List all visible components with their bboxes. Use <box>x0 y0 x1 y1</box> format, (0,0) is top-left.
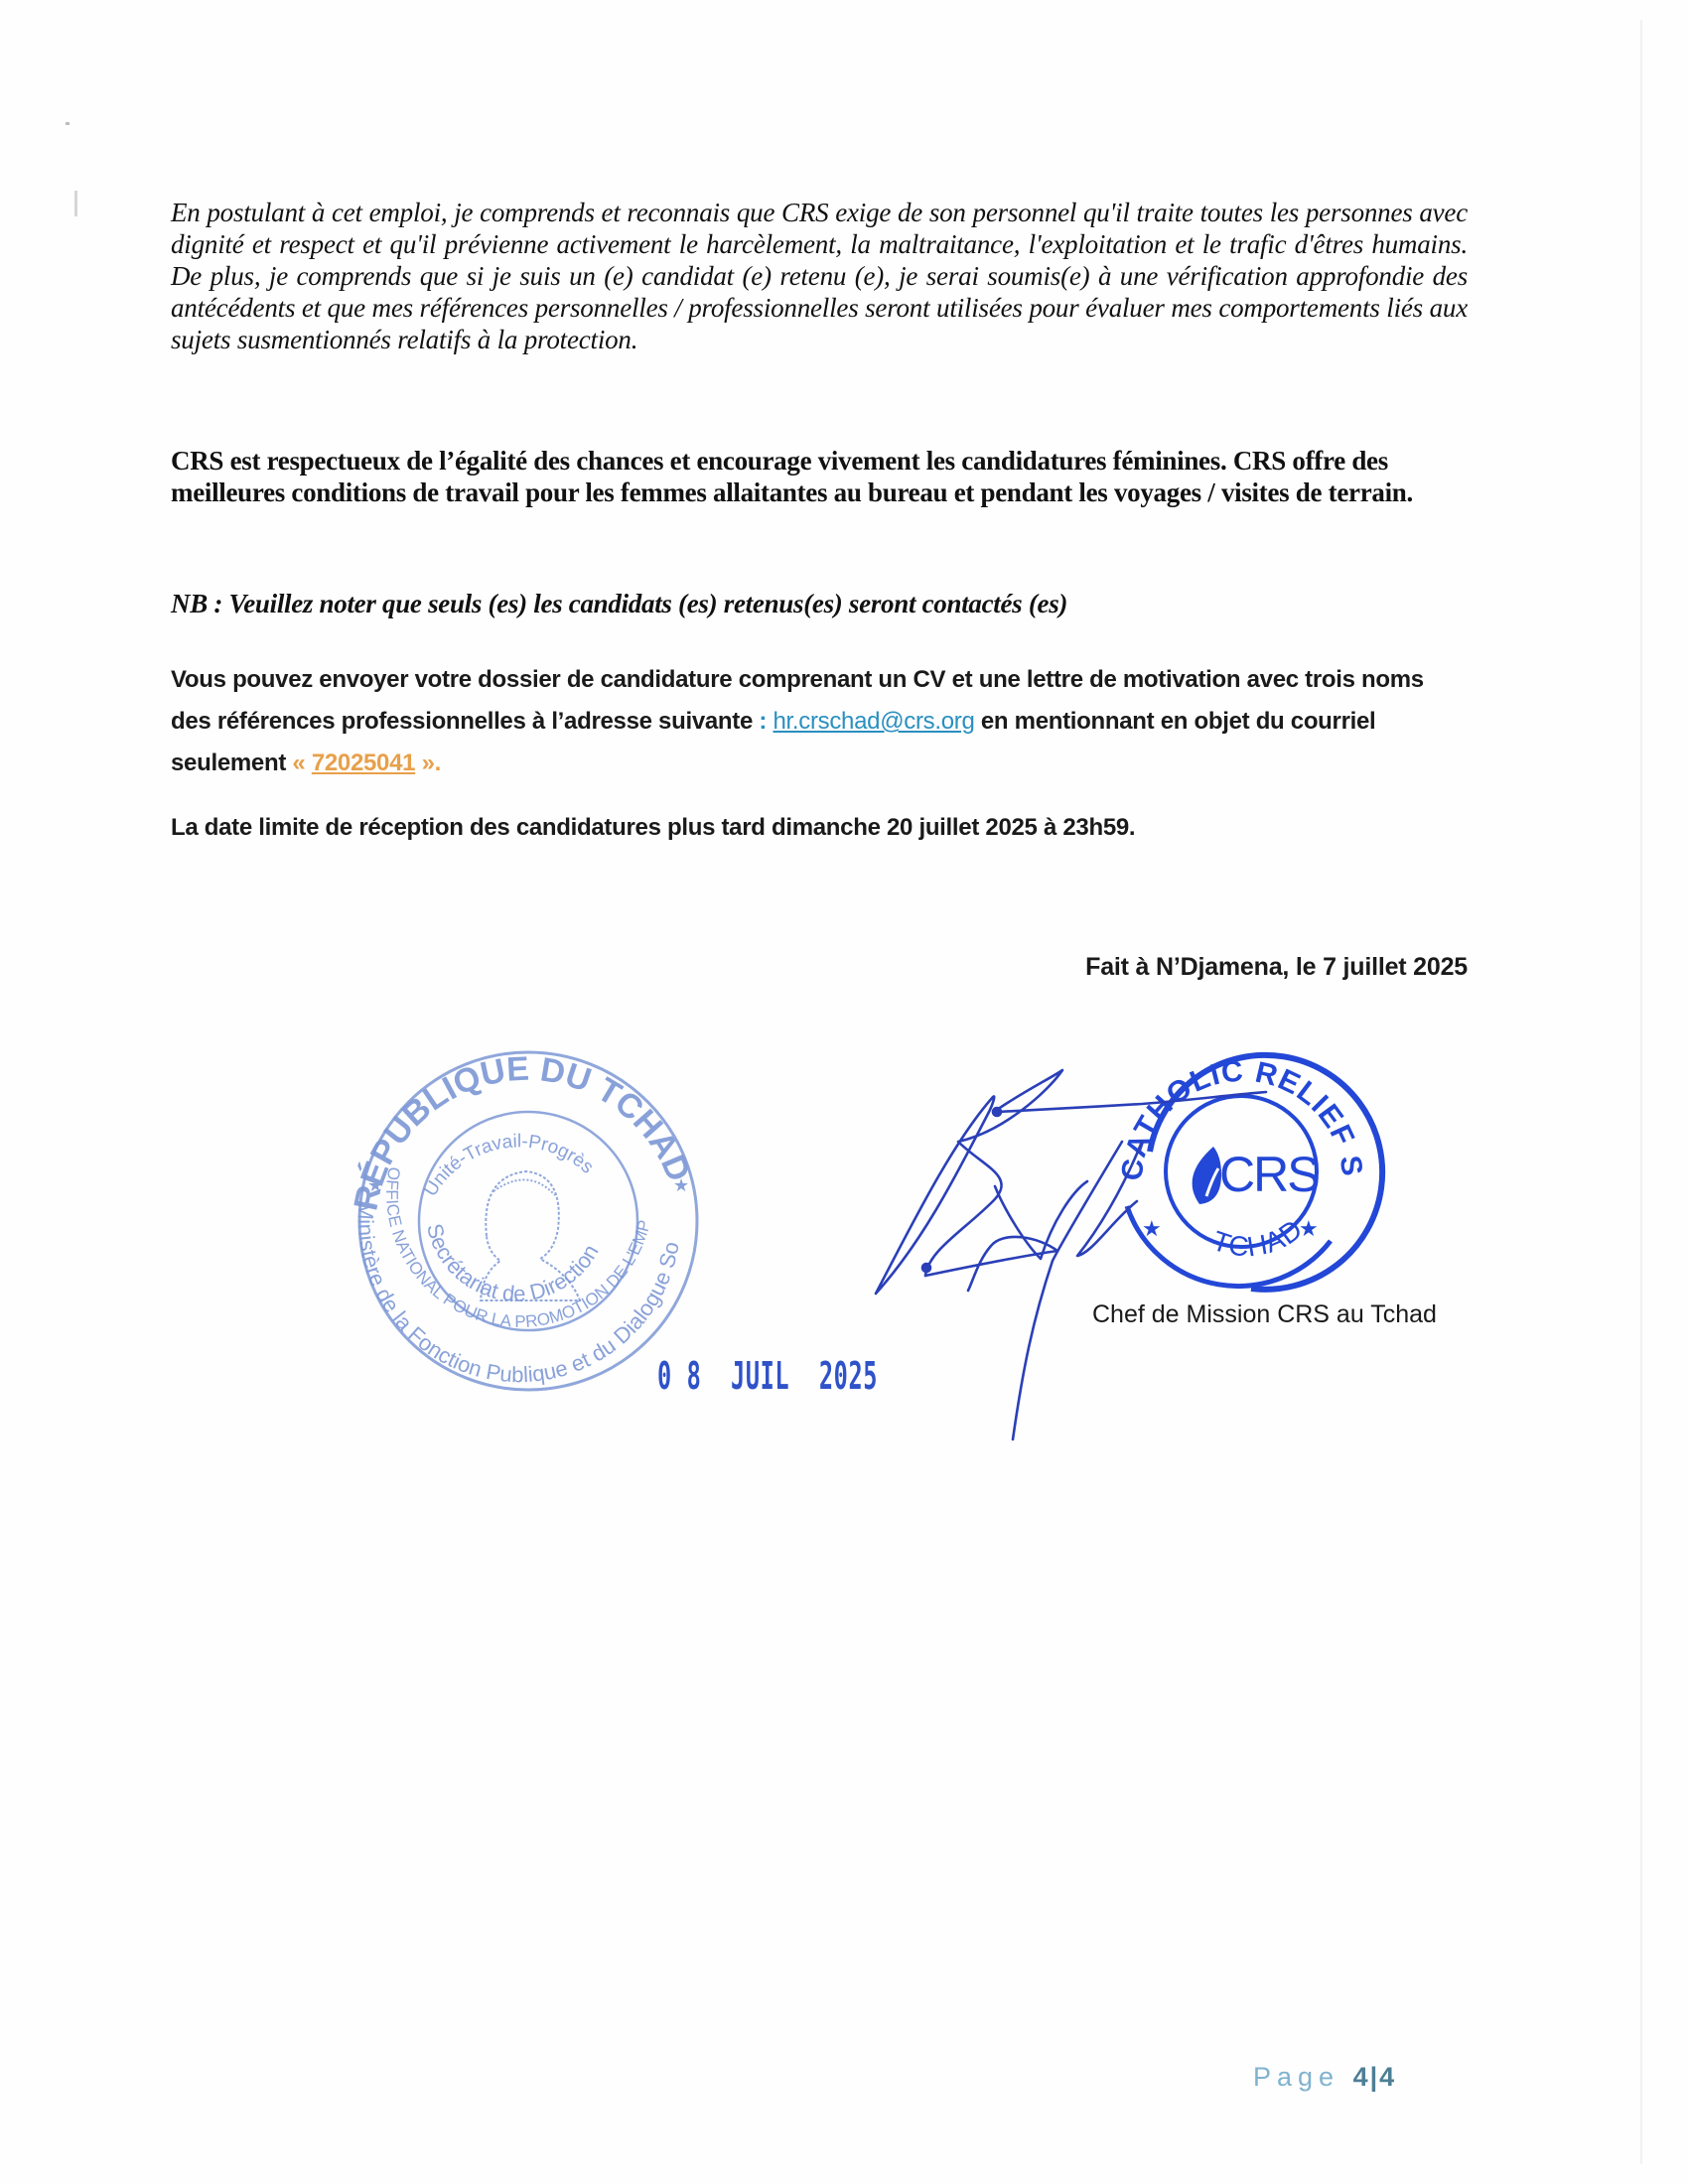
star-icon: ★ <box>673 1175 689 1195</box>
page-label: Page <box>1253 2062 1339 2092</box>
svg-text:CATHOLIC RELIEF SERVICES: CATHOLIC RELIEF SERVICES <box>0 0 1368 1182</box>
signature <box>876 1070 1266 1439</box>
document-page: En postulant à cet emploi, je comprends … <box>0 0 1688 2184</box>
crs-logo-text: CRS <box>1219 1147 1319 1202</box>
star-icon: ★ <box>1299 1216 1319 1241</box>
svg-text:TCHAD: TCHAD <box>1208 1213 1308 1263</box>
received-date-stamp: 0 8 JUIL 2025 <box>657 1354 878 1398</box>
page-separator: | <box>1370 2062 1380 2092</box>
page-current: 4 <box>1353 2062 1370 2092</box>
signer-title: Chef de Mission CRS au Tchad <box>1092 1300 1437 1329</box>
svg-text:Unité-Travail-Progrès: Unité-Travail-Progrès <box>420 1131 597 1200</box>
star-icon: ★ <box>367 1175 383 1195</box>
svg-text:Ministère de la Fonction Publi: Ministère de la Fonction Publique et du … <box>0 0 684 1387</box>
star-icon: ★ <box>1142 1216 1162 1241</box>
page-number: Page 4|4 <box>1253 2062 1396 2093</box>
page-total: 4 <box>1379 2062 1396 2092</box>
stamps-and-signature: RÉPUBLIQUE DU TCHAD Unité-Travail-Progrè… <box>0 0 1688 2184</box>
svg-text:OFFICE NATIONAL POUR LA PROMOT: OFFICE NATIONAL POUR LA PROMOTION DE L'E… <box>0 0 654 1331</box>
crs-stamp: CATHOLIC RELIEF SERVICES TCHAD CRS ★ ★ <box>0 0 1382 1290</box>
